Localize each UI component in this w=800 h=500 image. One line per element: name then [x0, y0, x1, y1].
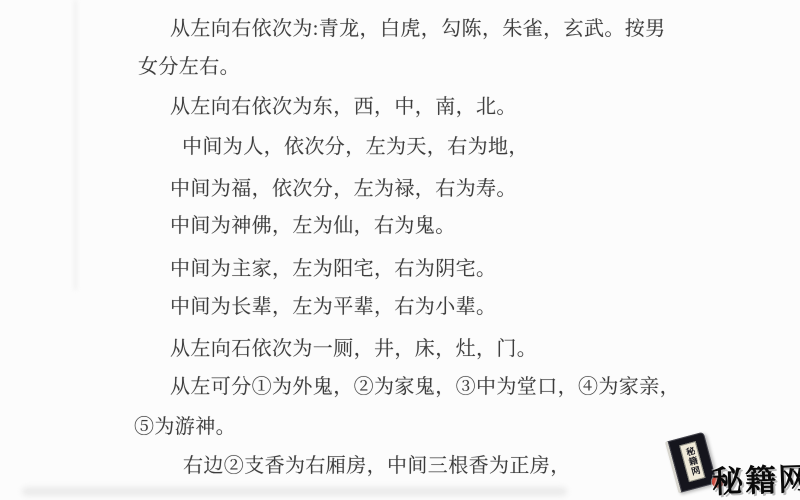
text-line-1: 从左向右依次为:青龙，白虎，勾陈，朱雀，玄武。按男: [170, 18, 666, 41]
text-line-8: 中间为长辈，左为平辈，右为小辈。: [170, 296, 496, 319]
text-line-11: ⑤为游神。: [134, 416, 236, 439]
scanned-book-page: 从左向右依次为:青龙，白虎，勾陈，朱雀，玄武。按男 女分左右。 从左向右依次为东…: [0, 0, 800, 500]
text-line-9: 从左向石依次为一厕，井，床，灶，门。: [170, 338, 537, 361]
text-line-10: 从左可分①为外鬼，②为家鬼，③中为堂口，④为家亲，: [170, 376, 680, 399]
text-line-12: 右边②支香为右厢房，中间三根香为正房，: [183, 455, 571, 478]
scan-crease-line: [74, 0, 77, 290]
book-logo-icon: 秘籍网: [665, 432, 717, 494]
scan-smudge: [22, 487, 567, 496]
watermark-brand-text: 秘籍网: [711, 453, 800, 500]
text-line-4: 中间为人，依次分，左为天，右为地，: [182, 136, 529, 159]
text-line-6: 中间为神佛，左为仙，右为鬼。: [170, 215, 456, 238]
text-line-5: 中间为福，依次分，左为禄，右为寿。: [170, 178, 517, 201]
text-line-3: 从左向右依次为东，西，中，南，北。: [170, 96, 517, 119]
text-line-7: 中间为主家，左为阳宅，右为阴宅。: [170, 258, 496, 281]
text-line-2: 女分左右。: [138, 56, 240, 79]
